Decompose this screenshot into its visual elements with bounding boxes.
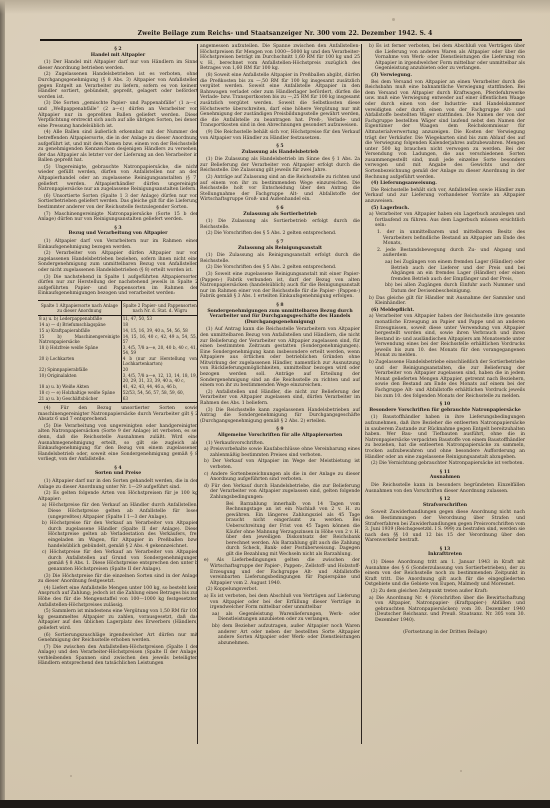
list-item: b) Höchstpreise für den Verkauf an Verar… [38,521,198,549]
table-cell: 14, 15, 16, 39, 40 a, 54, 56, 58 [121,328,198,334]
paragraph-heading: (4) Lieferungsanweisung. [365,181,525,187]
paragraph: angemessen aufzuteilen. Die Spanne zwisc… [200,44,360,72]
page-header: Zweite Beilage zum Reichs- und Staatsanz… [40,30,530,37]
paragraph: (6) Unsortierte Sorten (Spalte 1 3 der A… [38,194,198,211]
section-title: Zulassung als Sortierbetrieb [200,212,360,218]
paragraph: (3) Die nachstehend in Spalte 1 aufgefüh… [38,275,198,297]
paragraph: (3) Die Höchstpreise für die einzelnen S… [38,574,198,585]
list-subitem: 2. jede Bestandsbewegung durch Zu- und A… [365,248,525,259]
table-cell: 20 i) Lochkarten [38,356,121,367]
paragraph: Die Reichsstelle kann in besonders begrü… [365,483,525,494]
paragraph: (1) Die Zulassung als Handelsbetrieb im … [200,157,360,174]
list-item: a) Preisvorbehalte sowie Kaufabschlüsse … [200,447,360,458]
list-item: d) Für den Verkauf durch Handelsbetriebe… [200,484,360,501]
list-item: b) Das gleiche gilt für Händler mit Ausn… [365,296,525,307]
scan-bottom-edge [0,800,550,808]
table-cell: 18 c) — e) Holzhaltige weiße Späne [38,390,121,396]
paragraph: (2) Zu dem gleichen Zeitpunkt treten auß… [365,589,525,595]
list-item: a) Es ist verboten, bei dem Abschluß von… [200,594,360,611]
table-cell: 63 [121,396,198,403]
list-item: b) Es ist ferner verboten, bei dem Absch… [365,44,525,72]
paragraph: Soweit Zuwiderhandlungen gegen diese Ano… [365,510,525,544]
paragraph: (2) Die Vernichtung gebrauchter Natronpa… [365,461,525,467]
list-item: c) Höchstpreise für den Verkauf an Verar… [38,550,198,572]
table-header: Spalte 2 Papier- und Pappensorten nach N… [121,300,198,315]
paragraph-heading: (6) Meldepflicht. [365,308,525,314]
paragraph: (3) Die Reichsstelle kann zugelassenen H… [200,408,360,425]
page-binding-edge [0,0,5,800]
paragraph: (1) Diese Anordnung tritt am 1. Januar 1… [365,560,525,588]
paragraph: (2) Verarbeiter von Altpapier dürfen Alt… [38,251,198,273]
table-row: 10) Originalakten3, 4/5, 7/8 a—e, 12, 13… [38,373,198,384]
list-item: b) Zugelassene Handelsbetriebe einschlie… [365,360,525,399]
table-row: 20 i) Lochkarten4 b (nur zur Herstellung… [38,356,198,367]
paragraph: (3) Soweit eine zugelassene Reinigungsan… [200,272,360,300]
paragraph: (5) Die Verarbeitung von ungereinigten o… [38,424,198,463]
list-item: a) Höchstpreise für den Verkauf an Händl… [38,503,198,520]
continuation-note: (Fortsetzung in der Dritten Beilage) [365,630,525,636]
column-2: angemessen aufzuteilen. Die Spanne zwisc… [200,44,360,647]
table-cell: 14, 15, 16, 40 c, 42, 49 a, 54, 55, 57 [121,334,198,345]
table-header: Spalte 1 Altpapiersorte nach Anlage zu d… [38,300,121,315]
column-3: b) Es ist ferner verboten, bei dem Absch… [365,44,525,635]
paragraph: (4) Für den Bezug unsortierter Sorten so… [38,406,198,423]
newspaper-page: Zweite Beilage zum Reichs- und Staatsanz… [0,0,550,800]
section-title: Zulassung als Handelsbetrieb [200,150,360,156]
list-item: c) Andere Sortenbezeichnungen als die in… [200,472,360,483]
page-top-shadow [0,0,550,14]
paragraph: (7) Maschinengereinigte Natronpapiersäck… [38,212,198,223]
paragraph: Die Reichsstelle behält sich vor, Anfall… [365,188,525,205]
list-subsubitem: bb) bei allen Zugängen durch Einfuhr auc… [365,283,525,294]
paper-speck [70,775,72,777]
header-rule [40,39,522,41]
paragraph: (7) Die zwischen den Anfallstellen-Höchs… [38,645,198,667]
paragraph: (1) Der Handel mit Altpapier darf nur vo… [38,60,198,71]
column-1: § 2 Handel mit Altpapier (1) Der Handel … [38,44,198,668]
paragraph: (2) Anträge auf Zulassung sind an die Re… [200,175,360,203]
list-subitem: 1. der in unmittelbarem und mittelbarem … [365,230,525,247]
list-subsubitem: aa) bei Zugängen von einem fremden Lager… [365,260,525,282]
paragraph: (2) Die Vorschriften des § 5 Abs. 2 gelt… [200,231,360,237]
paragraph: Bei dem Versand von Altpapier an einen V… [365,80,525,181]
paragraph: (1) Verkaufsvorschriften. [200,441,360,447]
paragraph: (2) Es gelten folgende Arten von Höchstp… [38,491,198,502]
list-item: e) Als Lieferbedingungen gelten die zwis… [200,558,360,586]
paragraph-heading: (5) Lagerbuch. [365,206,525,212]
paragraph-heading: (3) Verwiegung. [365,73,525,79]
paragraph: (4) Liefert eine Anfallstelle Mengen unt… [38,586,198,608]
paper-speck [392,18,395,21]
payment-terms: Bei Barzahlung innerhalb von 14 Tagen vo… [200,502,360,558]
paragraph: (1) Auf Antrag kann die Reichsstelle Ver… [200,327,360,389]
table-cell: 3, 4/5, 7/8 a—e, 20, 40 b, 40 c, 41, 54,… [121,345,198,356]
table-row: 15 b) Maschinengereinigte Natronpapiersä… [38,334,198,345]
paragraph: (1) Altpapier darf nur in den Sorten geh… [38,479,198,490]
paragraph: (2) Koppelungsverbot. [200,587,360,593]
paragraph: (4) Alle Ballen sind äußerlich erkennbar… [38,130,198,164]
paragraph: (1) Die Zulassung als Reinigungsanstalt … [200,253,360,264]
section-title: Strafvorschriften [365,503,525,509]
table-cell: 4 b (nur zur Herstellung von Lochkartenk… [121,356,198,367]
list-item: a) Verarbeiter von Altpapier haben der R… [365,314,525,359]
paragraph: (1) Baustoffhändler haben in ihre Liefer… [365,415,525,460]
paper-speck [460,770,462,772]
list-subitem: bb) dem Bezieher aufzutragen, außer Altp… [200,624,360,646]
table-row: 18 i) Holzfreie weiße Späne3, 4/5, 7/8 a… [38,345,198,356]
section-title: Sorten und Preise [38,471,198,477]
paragraph: (2) Zugelassenen Handelsbetrieben ist es… [38,72,198,100]
list-item: a) Verarbeiter von Altpapier haben ein L… [365,212,525,229]
section-title: Besondere Vorschriften für gebrauchte Na… [365,408,525,414]
section-title: Inkrafttreten [365,552,525,558]
paragraph: (3) Die Sorten „gemischte Papier- und Pa… [38,101,198,129]
list-item: b) Der Verkauf von Altpapier im Wege der… [200,459,360,470]
paragraph: (1) Altpapier darf von Verarbeitern nur … [38,239,198,250]
table-cell: 18 i) Holzfreie weiße Späne [38,345,121,356]
section-title: Handel mit Altpapier [38,53,198,59]
table-cell: 21 a) u. b) Geschäftsbücher [38,396,121,403]
table-cell: 10) Originalakten [38,373,121,384]
list-subitem: aa) als Gegenleistung Warenlieferungen, … [200,612,360,623]
section-title: Bezug und Verarbeitung von Altpapier [38,231,198,237]
table-row: 21 a) u. b) Geschäftsbücher63 [38,396,198,403]
table-cell: 3, 4/5, 7/8 a—e, 12, 13, 14, 18, 19, 20,… [121,373,198,384]
paragraph: (9) Die Reichsstelle behält sich vor, Hö… [200,130,360,141]
section-title: Ausnahmen [365,475,525,481]
paragraph: (2) Die Vorschriften des § 5 Abs. 2 gelt… [200,265,360,271]
paragraph: (5) Ungereinigte, gebrauchte Natronpapie… [38,165,198,193]
paragraph: (1) Die Zulassung als Sortierbetrieb erf… [200,219,360,230]
paragraph: (5) Sammlern ist mindestens eine Vergütu… [38,609,198,631]
paragraph: (6) Sortierungszuschläge irgendwelcher A… [38,633,198,644]
paragraph: (8) Soweit eine Anfallstelle Altpapier i… [200,73,360,129]
section-title: Allgemeine Vorschriften für alle Altpapi… [200,433,360,439]
table-cell: 15 b) Maschinengereinigte Natronpapiersä… [38,334,121,345]
section-title: Zulassung als Reinigungsanstalt [200,246,360,252]
list-item: a) Die Anordnung Nr. 4 (Vorschriften übe… [365,596,525,624]
column-divider [361,44,362,744]
paragraph: (2) Anfallstellen und Händler, die nicht… [200,390,360,407]
sorts-table: Spalte 1 Altpapiersorte nach Anlage zu d… [38,300,198,403]
section-title: Sondergenehmigungen zum unmittelbaren Be… [200,309,360,326]
